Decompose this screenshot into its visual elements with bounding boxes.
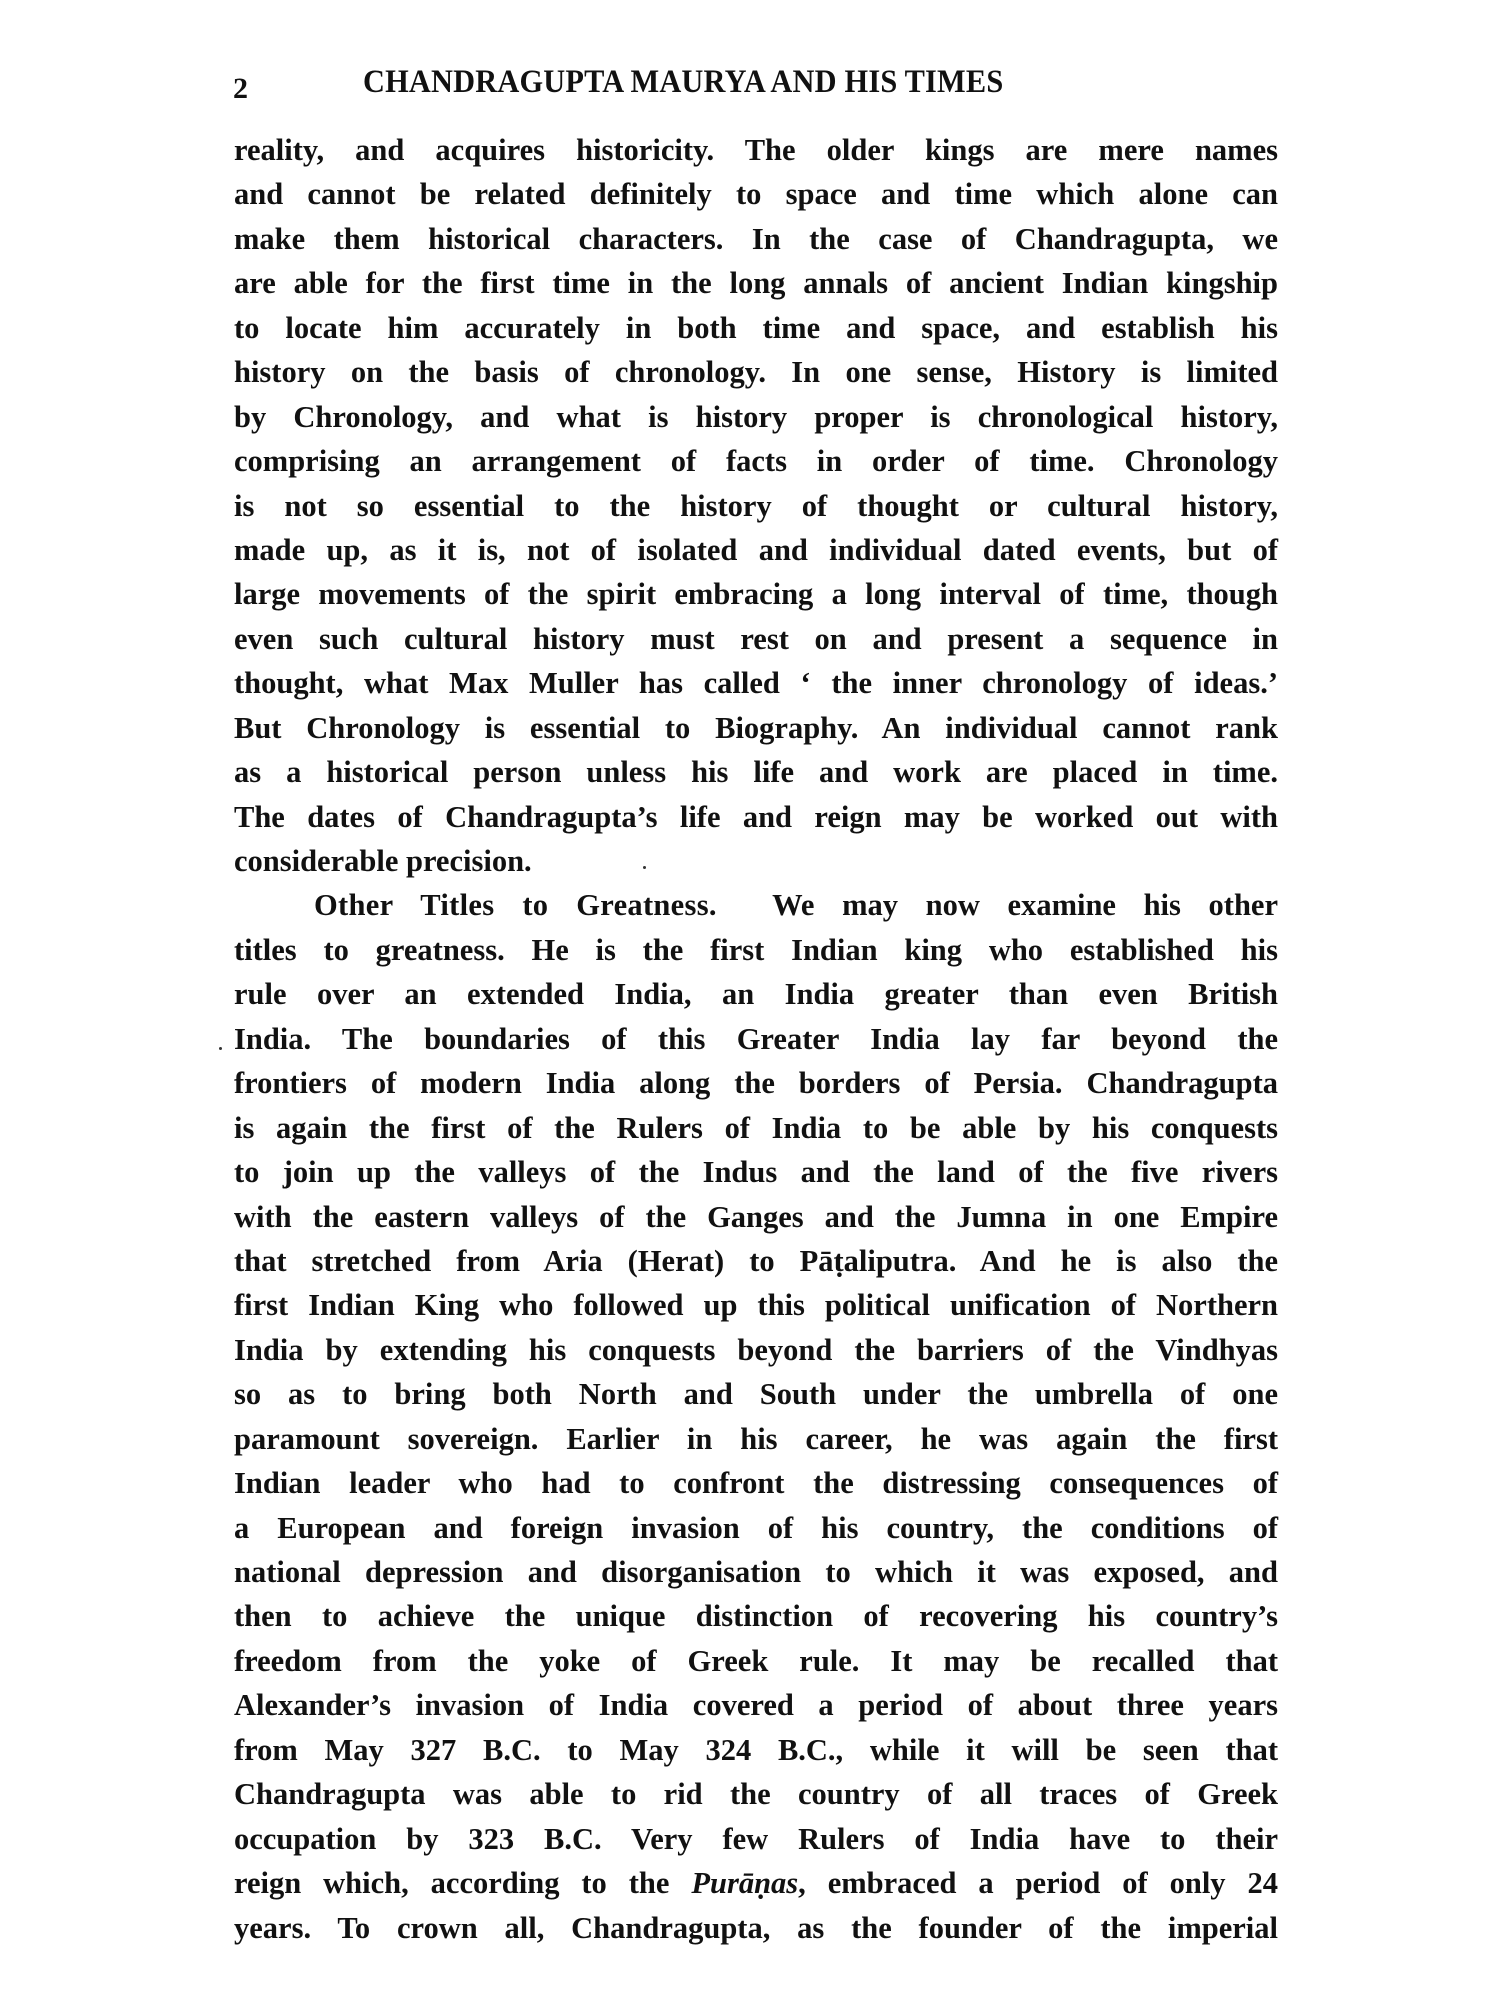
text-line: from May 327 B.C. to May 324 B.C., while…: [234, 1728, 1278, 1772]
text-line: paramount sovereign. Earlier in his care…: [234, 1417, 1278, 1461]
scan-speck: [643, 866, 646, 869]
text-line: reality, and acquires historicity. The o…: [234, 128, 1278, 172]
text-fragment: , embraced a period of only 24: [798, 1866, 1278, 1900]
text-line: so as to bring both North and South unde…: [234, 1372, 1278, 1416]
text-line: considerable precision.: [234, 839, 1278, 883]
text-line-italic: reign which, according to the Purāṇas, e…: [234, 1861, 1278, 1905]
text-line: is again the first of the Rulers of Indi…: [234, 1106, 1278, 1150]
text-line-first: Other Titles to Greatness. We may now ex…: [234, 883, 1278, 927]
text-line: frontiers of modern India along the bord…: [234, 1061, 1278, 1105]
text-line: comprising an arrangement of facts in or…: [234, 439, 1278, 483]
text-fragment: We may now examine his other: [772, 888, 1278, 922]
text-line: that stretched from Aria (Herat) to Pāṭa…: [234, 1239, 1278, 1283]
text-line: make them historical characters. In the …: [234, 217, 1278, 261]
text-line: Alexander’s invasion of India covered a …: [234, 1683, 1278, 1727]
text-line: But Chronology is essential to Biography…: [234, 706, 1278, 750]
body-text: reality, and acquires historicity. The o…: [234, 128, 1278, 1950]
text-line: to locate him accurately in both time an…: [234, 306, 1278, 350]
text-line: India by extending his conquests beyond …: [234, 1328, 1278, 1372]
text-line: by Chronology, and what is history prope…: [234, 395, 1278, 439]
text-line: thought, what Max Muller has called ‘ th…: [234, 661, 1278, 705]
text-line: rule over an extended India, an India gr…: [234, 972, 1278, 1016]
text-line: and cannot be related definitely to spac…: [234, 172, 1278, 216]
text-line: is not so essential to the history of th…: [234, 484, 1278, 528]
text-line: even such cultural history must rest on …: [234, 617, 1278, 661]
text-line: titles to greatness. He is the first Ind…: [234, 928, 1278, 972]
text-line: India. The boundaries of this Greater In…: [234, 1017, 1278, 1061]
text-line: first Indian King who followed up this p…: [234, 1283, 1278, 1327]
text-line: to join up the valleys of the Indus and …: [234, 1150, 1278, 1194]
running-head: 2 CHANDRAGUPTA MAURYA AND HIS TIMES: [233, 62, 1283, 112]
running-head-title: CHANDRAGUPTA MAURYA AND HIS TIMES: [363, 62, 1081, 102]
text-line: years. To crown all, Chandragupta, as th…: [234, 1906, 1278, 1950]
text-line: national depression and disorganisation …: [234, 1550, 1278, 1594]
text-line: with the eastern valleys of the Ganges a…: [234, 1195, 1278, 1239]
text-line: Indian leader who had to confront the di…: [234, 1461, 1278, 1505]
run-in-heading: Other Titles to Greatness.: [314, 888, 717, 922]
text-line: occupation by 323 B.C. Very few Rulers o…: [234, 1817, 1278, 1861]
text-line: made up, as it is, not of isolated and i…: [234, 528, 1278, 572]
text-line: a European and foreign invasion of his c…: [234, 1506, 1278, 1550]
text-line: The dates of Chandragupta’s life and rei…: [234, 795, 1278, 839]
paragraph-chronology: reality, and acquires historicity. The o…: [234, 128, 1278, 883]
text-line: freedom from the yoke of Greek rule. It …: [234, 1639, 1278, 1683]
text-line: as a historical person unless his life a…: [234, 750, 1278, 794]
paragraph-other-titles: Other Titles to Greatness. We may now ex…: [234, 883, 1278, 1950]
book-page: 2 CHANDRAGUPTA MAURYA AND HIS TIMES real…: [0, 0, 1500, 2000]
text-fragment: reign which, according to the: [234, 1866, 691, 1900]
text-line: are able for the first time in the long …: [234, 261, 1278, 305]
scan-speck: [219, 1047, 222, 1050]
text-line: large movements of the spirit embracing …: [234, 572, 1278, 616]
text-line: Chandragupta was able to rid the country…: [234, 1772, 1278, 1816]
text-line: then to achieve the unique distinction o…: [234, 1594, 1278, 1638]
italic-term-puranas: Purāṇas: [691, 1866, 798, 1900]
page-number: 2: [233, 74, 248, 104]
text-line: history on the basis of chronology. In o…: [234, 350, 1278, 394]
